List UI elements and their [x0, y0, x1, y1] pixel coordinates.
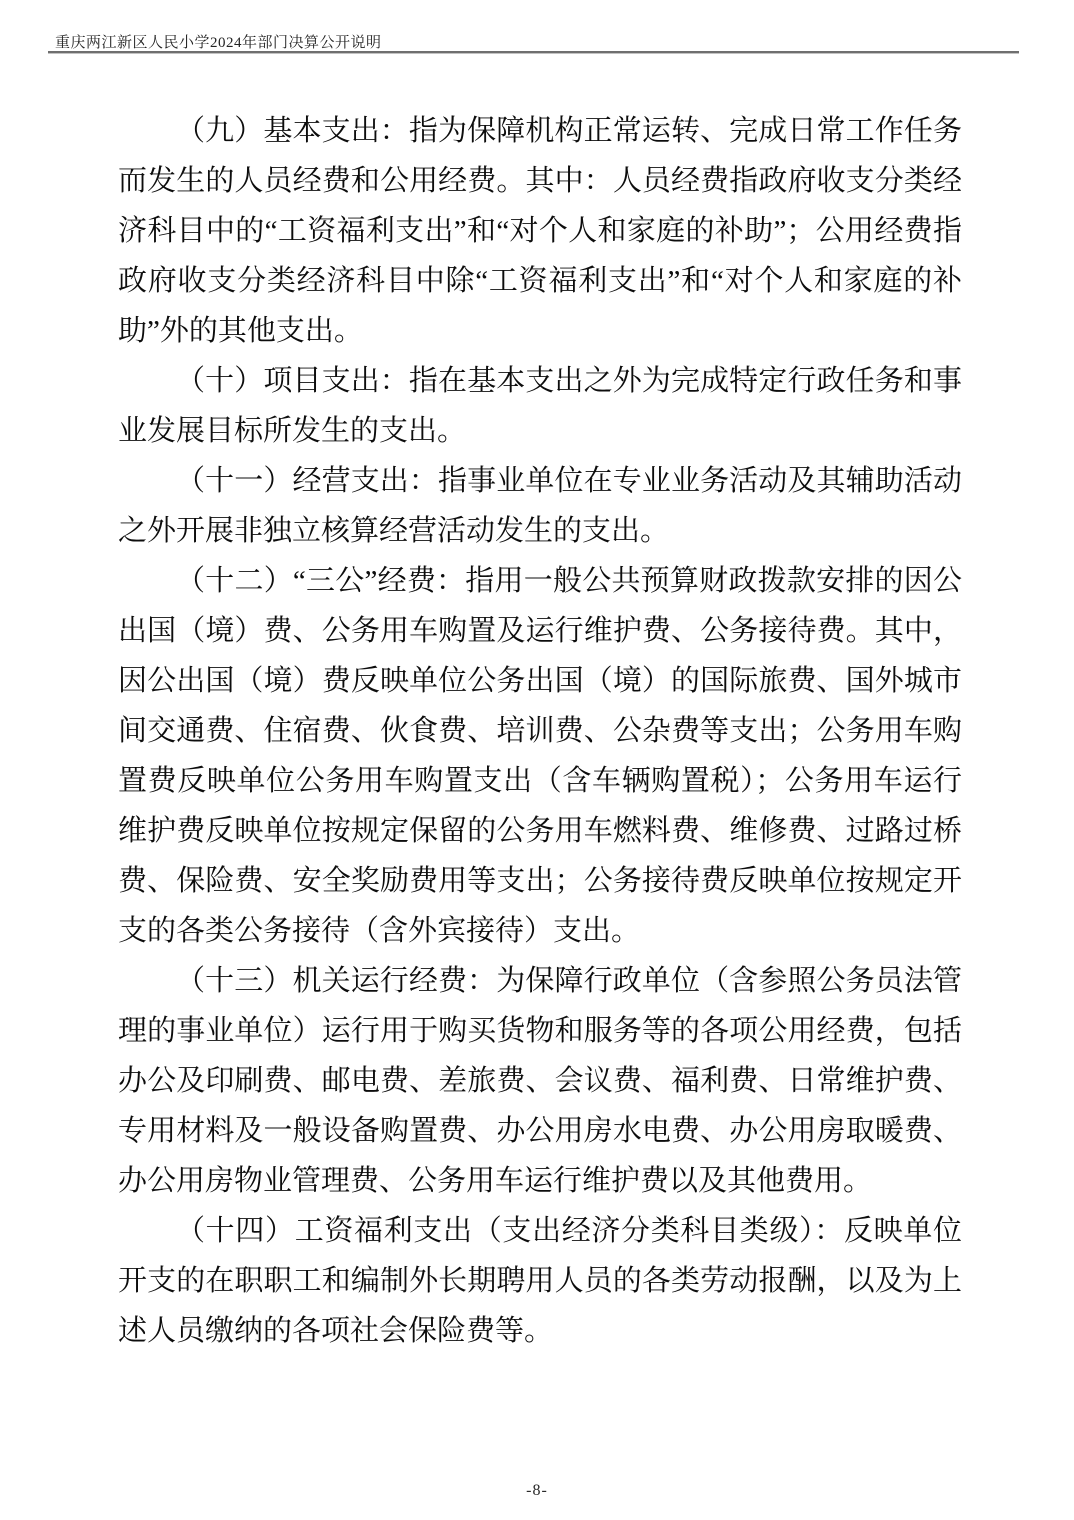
page-number: -8- [0, 1482, 1074, 1500]
document-body: （九）基本支出：指为保障机构正常运转、完成日常工作任务而发生的人员经费和公用经费… [118, 106, 962, 1356]
paragraph-10-project-expenditure: （十）项目支出：指在基本支出之外为完成特定行政任务和事业发展目标所发生的支出。 [118, 356, 962, 456]
paragraph-13-agency-operating-funds: （十三）机关运行经费：为保障行政单位（含参照公务员法管理的事业单位）运行用于购买… [118, 956, 962, 1206]
paragraph-12-three-public-funds: （十二）“三公”经费：指用一般公共预算财政拨款安排的因公出国（境）费、公务用车购… [118, 556, 962, 956]
document-page: 重庆两江新区人民小学2024年部门决算公开说明 （九）基本支出：指为保障机构正常… [0, 0, 1074, 1520]
paragraph-11-operating-expenditure: （十一）经营支出：指事业单位在专业业务活动及其辅助活动之外开展非独立核算经营活动… [118, 456, 962, 556]
paragraph-14-wage-welfare-expenditure: （十四）工资福利支出（支出经济分类科目类级）：反映单位开支的在职职工和编制外长期… [118, 1206, 962, 1356]
page-header-title: 重庆两江新区人民小学2024年部门决算公开说明 [55, 31, 382, 52]
header-divider [48, 51, 1019, 54]
paragraph-9-basic-expenditure: （九）基本支出：指为保障机构正常运转、完成日常工作任务而发生的人员经费和公用经费… [118, 106, 962, 356]
